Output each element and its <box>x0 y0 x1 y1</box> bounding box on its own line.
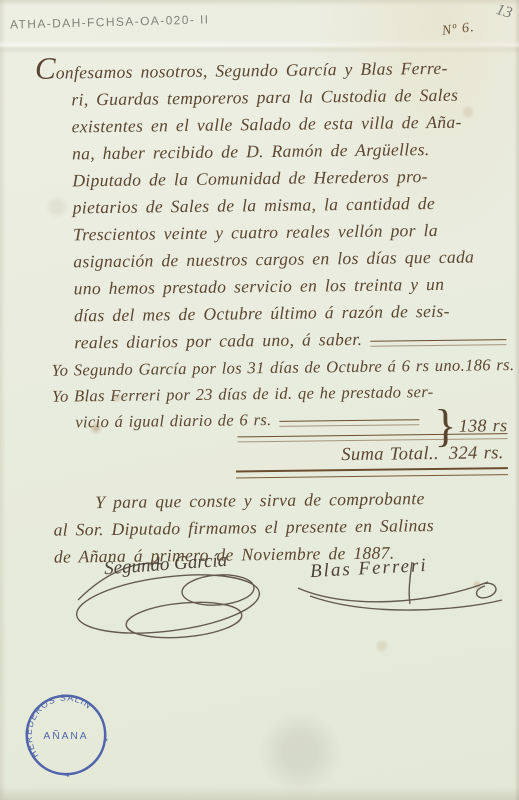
manuscript-line-text: reales diarios por cada uno, á saber. <box>74 326 362 357</box>
signature-segundo-garcia: Segundo García <box>66 542 286 657</box>
entry-amount: 138 rs <box>459 412 508 439</box>
stamp-star-icon: ✶ <box>62 770 73 781</box>
double-ink-rule <box>236 467 508 478</box>
manuscript-page: ATHA-DAH-FCHSA-OA-020- II 13 Nº 6. Confe… <box>0 0 519 800</box>
heirs-community-stamp: C. HEREDEROS SALINAS AÑANA ✶ ✶ <box>0 666 135 800</box>
manuscript-body: Confesamos nosotros, Segundo García y Bl… <box>35 54 509 571</box>
entry-ferreri: Yo Blas Ferreri por 23 días de id. qe he… <box>39 378 508 436</box>
stamp-ring-text: C. HEREDEROS SALINAS <box>0 666 97 772</box>
manuscript-line: existentes en el valle Salado de esta vi… <box>36 108 504 141</box>
entry-text: vicio á igual diario de 6 rs. <box>75 407 272 435</box>
amount-brace-group: } 138 rs <box>434 402 508 449</box>
ink-rule <box>370 339 506 347</box>
archive-reference: ATHA-DAH-FCHSA-OA-020- II <box>10 12 210 31</box>
ink-rule <box>280 419 420 427</box>
document-number: Nº 6. <box>441 20 475 40</box>
stamp-star-icon: ✶ <box>100 734 111 745</box>
entry-amount: 186 rs. <box>465 352 515 379</box>
svg-text:C. HEREDEROS SALINAS: C. HEREDEROS SALINAS <box>0 666 97 772</box>
account-entries: Yo Segundo García por los 31 días de Oct… <box>39 352 508 481</box>
folio-number: 13 <box>494 1 514 23</box>
brace-glyph: } <box>434 403 457 449</box>
sum-label: Suma Total.. <box>341 442 439 467</box>
signature-blas-ferreri: Blas Ferreri <box>292 544 507 644</box>
manuscript-line: días del mes de Octubre último á razón d… <box>38 297 506 330</box>
manuscript-line: reales diarios por cada uno, á saber. <box>38 324 506 357</box>
stamp-center-text: AÑANA <box>43 729 88 742</box>
entry-text-continued: vicio á igual diario de 6 rs. <box>39 405 419 436</box>
